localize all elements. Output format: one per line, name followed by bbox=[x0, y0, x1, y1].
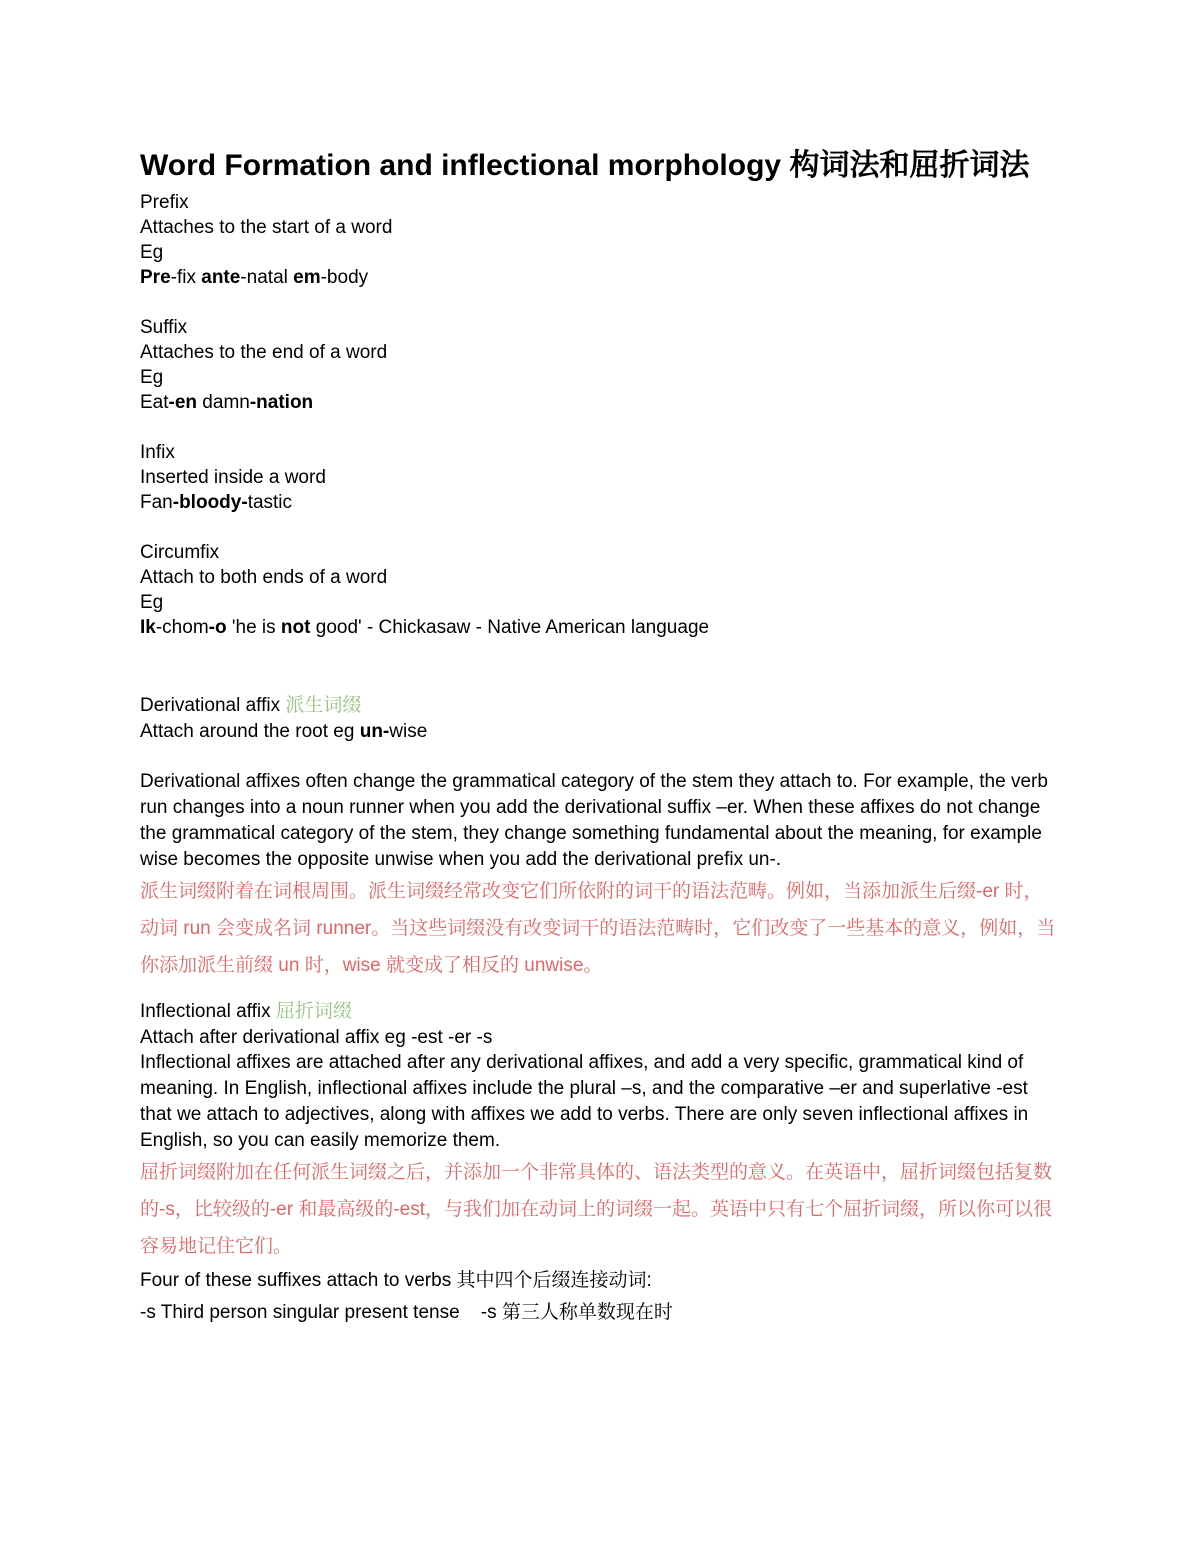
document-page: Word Formation and inflectional morpholo… bbox=[0, 0, 1200, 1553]
inflectional-affix-heading: Inflectional affix 屈折词缀 bbox=[140, 998, 1060, 1025]
inflectional-affix-section: Inflectional affix 屈折词缀 Attach after der… bbox=[140, 998, 1060, 1154]
prefix-eg-label: Eg bbox=[140, 240, 1060, 265]
circumfix-heading: Circumfix bbox=[140, 540, 1060, 565]
prefix-section: Prefix Attaches to the start of a word E… bbox=[140, 190, 1060, 290]
document-title: Word Formation and inflectional morpholo… bbox=[140, 148, 1060, 184]
verb-suffixes-intro-line: Four of these suffixes attach to verbs 其… bbox=[140, 1265, 1060, 1297]
inflectional-affix-description: Attach after derivational affix eg -est … bbox=[140, 1025, 1060, 1050]
suffix-eg-label: Eg bbox=[140, 365, 1060, 390]
derivational-affix-section: Derivational affix 派生词缀 Attach around th… bbox=[140, 692, 1060, 744]
derivational-affix-heading: Derivational affix 派生词缀 bbox=[140, 692, 1060, 719]
derivational-paragraph-english: Derivational affixes often change the gr… bbox=[140, 769, 1060, 873]
prefix-description: Attaches to the start of a word bbox=[140, 215, 1060, 240]
infix-example: Fan-bloody-tastic bbox=[140, 490, 1060, 515]
derivational-paragraph-chinese: 派生词缀附着在词根周围。派生词缀经常改变它们所依附的词干的语法范畴。例如，当添加… bbox=[140, 873, 1060, 984]
suffix-description: Attaches to the end of a word bbox=[140, 340, 1060, 365]
inflectional-paragraph-chinese: 屈折词缀附加在任何派生词缀之后，并添加一个非常具体的、语法类型的意义。在英语中，… bbox=[140, 1154, 1060, 1265]
suffix-example: Eat-en damn-nation bbox=[140, 390, 1060, 415]
infix-heading: Infix bbox=[140, 440, 1060, 465]
prefix-heading: Prefix bbox=[140, 190, 1060, 215]
derivational-affix-description: Attach around the root eg un-wise bbox=[140, 719, 1060, 744]
suffix-heading: Suffix bbox=[140, 315, 1060, 340]
inflectional-paragraph-english: Inflectional affixes are attached after … bbox=[140, 1050, 1060, 1154]
infix-section: Infix Inserted inside a word Fan-bloody-… bbox=[140, 440, 1060, 515]
infix-description: Inserted inside a word bbox=[140, 465, 1060, 490]
third-person-singular-line: -s Third person singular present tense -… bbox=[140, 1297, 1060, 1329]
circumfix-section: Circumfix Attach to both ends of a word … bbox=[140, 540, 1060, 640]
circumfix-description: Attach to both ends of a word bbox=[140, 565, 1060, 590]
suffix-section: Suffix Attaches to the end of a word Eg … bbox=[140, 315, 1060, 415]
circumfix-eg-label: Eg bbox=[140, 590, 1060, 615]
circumfix-example: Ik-chom-o 'he is not good' - Chickasaw -… bbox=[140, 615, 1060, 640]
prefix-example: Pre-fix ante-natal em-body bbox=[140, 265, 1060, 290]
